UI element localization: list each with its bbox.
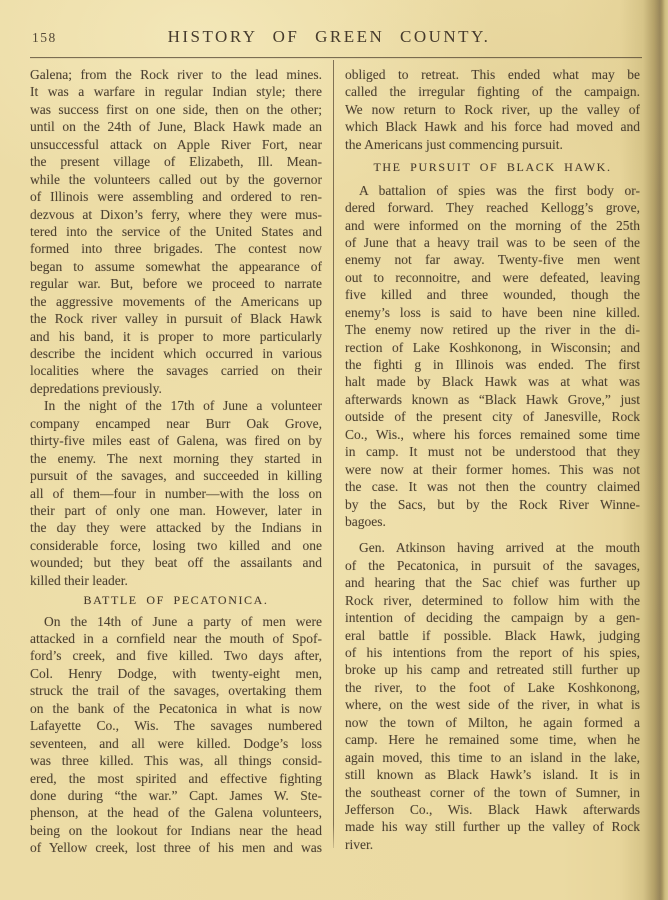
text-line: thirty-five miles east of Galena, was fi… — [30, 432, 322, 449]
text-line: A battalion of spies was the first body … — [345, 182, 640, 199]
text-line: of his intentions from the report of his… — [345, 644, 640, 661]
text-line: Gen. Atkinson having arrived at the mout… — [345, 539, 640, 556]
text-line: Lafayette Co., Wis. The savages numbered — [30, 717, 322, 734]
text-line: ford’s creek, and five killed. Two days … — [30, 647, 322, 664]
text-line: on the bank of the Pecatonica in what is… — [30, 700, 322, 717]
text-line: by the Sacs, but by the Rock River Winne… — [345, 496, 640, 513]
text-line: and his band, it is proper to more parti… — [30, 328, 322, 345]
text-line: of June that a heavy trail was to be see… — [345, 234, 640, 251]
text-line: dered forward. They reached Kellogg’s gr… — [345, 199, 640, 216]
text-line: and hearing that the Sac chief was furth… — [345, 574, 640, 591]
text-line: camp. Here he remained some time, when h… — [345, 731, 640, 748]
text-line: On the 14th of June a party of men were — [30, 613, 322, 630]
text-line: struck the trail of the savages, overtak… — [30, 682, 322, 699]
text-line: rection of Lake Koshkonong, in Wisconsin… — [345, 339, 640, 356]
text-line: made his way still further up the valley… — [345, 818, 640, 835]
text-line: their part of only one man. However, lat… — [30, 502, 322, 519]
text-line: depredations previously. — [30, 380, 322, 397]
text-line: the aggressive movements of the American… — [30, 293, 322, 310]
text-line: Galena; from the Rock river to the lead … — [30, 66, 322, 83]
text-line: where, on the west side of the river, in… — [345, 696, 640, 713]
text-line: began to assume somewhat the appearance … — [30, 258, 322, 275]
text-line: obliged to retreat. This ended what may … — [345, 66, 640, 83]
text-line: localities where the savages carried on … — [30, 362, 322, 379]
text-line: eral battle if possible. Black Hawk, jud… — [345, 627, 640, 644]
text-line: It was a warfare in regular Indian style… — [30, 83, 322, 100]
text-line: five killed and three wounded, though th… — [345, 286, 640, 303]
text-line: tered into the service of the United Sta… — [30, 223, 322, 240]
page-header: 158 HISTORY OF GREEN COUNTY. — [30, 27, 628, 49]
text-line: Col. Henry Dodge, with twenty-eight men, — [30, 665, 322, 682]
text-line: the case. It was not then the country cl… — [345, 478, 640, 495]
paragraph-spacer — [345, 530, 640, 539]
text-line: the fighti g in Illinois was ended. The … — [345, 356, 640, 373]
text-line: of Illinois were assembling and ordered … — [30, 188, 322, 205]
text-line: Rock river, determined to follow him wit… — [345, 592, 640, 609]
text-line: and were informed on the morning of the … — [345, 217, 640, 234]
text-line: done during “the war.” Capt. James W. St… — [30, 787, 322, 804]
text-line: Co., Wis., where his forces remained som… — [345, 426, 640, 443]
text-line: attacked in a cornfield near the mouth o… — [30, 630, 322, 647]
text-line: halt made by Black Hawk was at what was — [345, 373, 640, 390]
text-line: until on the 24th of June, Black Hawk ma… — [30, 118, 322, 135]
text-line: describe the incident which occurred in … — [30, 345, 322, 362]
text-line: the day they were attacked by the Indian… — [30, 519, 322, 536]
text-line: We now return to Rock river, up the vall… — [345, 101, 640, 118]
text-line: outside of the present city of Janesvill… — [345, 408, 640, 425]
text-line: which Black Hawk and his force had moved… — [345, 118, 640, 135]
text-line: the river, to the foot of Lake Koshkonon… — [345, 679, 640, 696]
text-line: Jefferson Co., Wis. Black Hawk afterward… — [345, 801, 640, 818]
page-number: 158 — [32, 30, 57, 46]
text-line: out to reconnoitre, and were defeated, l… — [345, 269, 640, 286]
right-column: obliged to retreat. This ended what may … — [345, 66, 640, 853]
page-body: Galena; from the Rock river to the lead … — [30, 66, 640, 857]
text-line: ered, the most spirited and effective fi… — [30, 770, 322, 787]
text-line: the Americans just commencing pursuit. — [345, 136, 640, 153]
text-line: the southeast corner of the town of Sumn… — [345, 784, 640, 801]
text-line: was success first on one side, then on t… — [30, 101, 322, 118]
text-line: of Yellow creek, lost three of his men a… — [30, 839, 322, 856]
text-line: bagoes. — [345, 513, 640, 530]
text-line: again moved, this time to an island in t… — [345, 749, 640, 766]
text-line: company encamped near Burr Oak Grove, — [30, 415, 322, 432]
text-line: pursuit of the savages, and succeeded in… — [30, 467, 322, 484]
text-line: In the night of the 17th of June a volun… — [30, 397, 322, 414]
text-line: was three killed. This was, all things c… — [30, 752, 322, 769]
column-divider — [333, 60, 334, 848]
text-line: The enemy now retired up the river in th… — [345, 321, 640, 338]
text-line: intention of deciding the campaign by a … — [345, 609, 640, 626]
text-line: river. — [345, 836, 640, 853]
text-line: considerable force, losing two killed an… — [30, 537, 322, 554]
text-line: seventeen, and all were killed. Dodge’s … — [30, 735, 322, 752]
text-line: all of them—four in number—with the loss… — [30, 485, 322, 502]
text-line: broke up his camp and retreated still fu… — [345, 661, 640, 678]
text-line: of the Pecatonica, in pursuit of the sav… — [345, 557, 640, 574]
text-line: the present village of Elizabeth, Ill. M… — [30, 153, 322, 170]
text-line: dezvous at Dixon’s ferry, where they wer… — [30, 206, 322, 223]
page-title: HISTORY OF GREEN COUNTY. — [30, 27, 628, 47]
text-line: phenson, at the head of the Galena volun… — [30, 804, 322, 821]
text-line: called the irregular fighting of the cam… — [345, 83, 640, 100]
text-line: enemy’s loss is said to have been nine k… — [345, 304, 640, 321]
header-rule — [30, 57, 642, 58]
text-line: while the volunteers called out by the g… — [30, 171, 322, 188]
text-line: the enemy. The next morning they started… — [30, 450, 322, 467]
text-line: killed their leader. — [30, 572, 322, 589]
text-line: now the town of Milton, he again formed … — [345, 714, 640, 731]
text-line: wounded; but they beat off the assailant… — [30, 554, 322, 571]
left-column: Galena; from the Rock river to the lead … — [30, 66, 322, 857]
text-line: still known as Black Hawk’s island. It i… — [345, 766, 640, 783]
text-line: the Rock river valley in pursuit of Blac… — [30, 310, 322, 327]
text-line: formed into three brigades. The contest … — [30, 240, 322, 257]
text-line: in camp. It must not be understood that … — [345, 443, 640, 460]
text-line: were now at their former homes. This was… — [345, 461, 640, 478]
section-heading: BATTLE OF PECATONICA. — [30, 592, 322, 609]
text-line: being on the lookout for Indians near th… — [30, 822, 322, 839]
text-line: regular war. But, before we proceed to n… — [30, 275, 322, 292]
text-line: unsuccessful attack on Apple River Fort,… — [30, 136, 322, 153]
book-page: 158 HISTORY OF GREEN COUNTY. Galena; fro… — [0, 0, 668, 900]
text-line: afterwards known as “Black Hawk Grove,” … — [345, 391, 640, 408]
text-line: enemy not far away. Twenty-five men went — [345, 251, 640, 268]
section-heading: THE PURSUIT OF BLACK HAWK. — [345, 159, 640, 176]
